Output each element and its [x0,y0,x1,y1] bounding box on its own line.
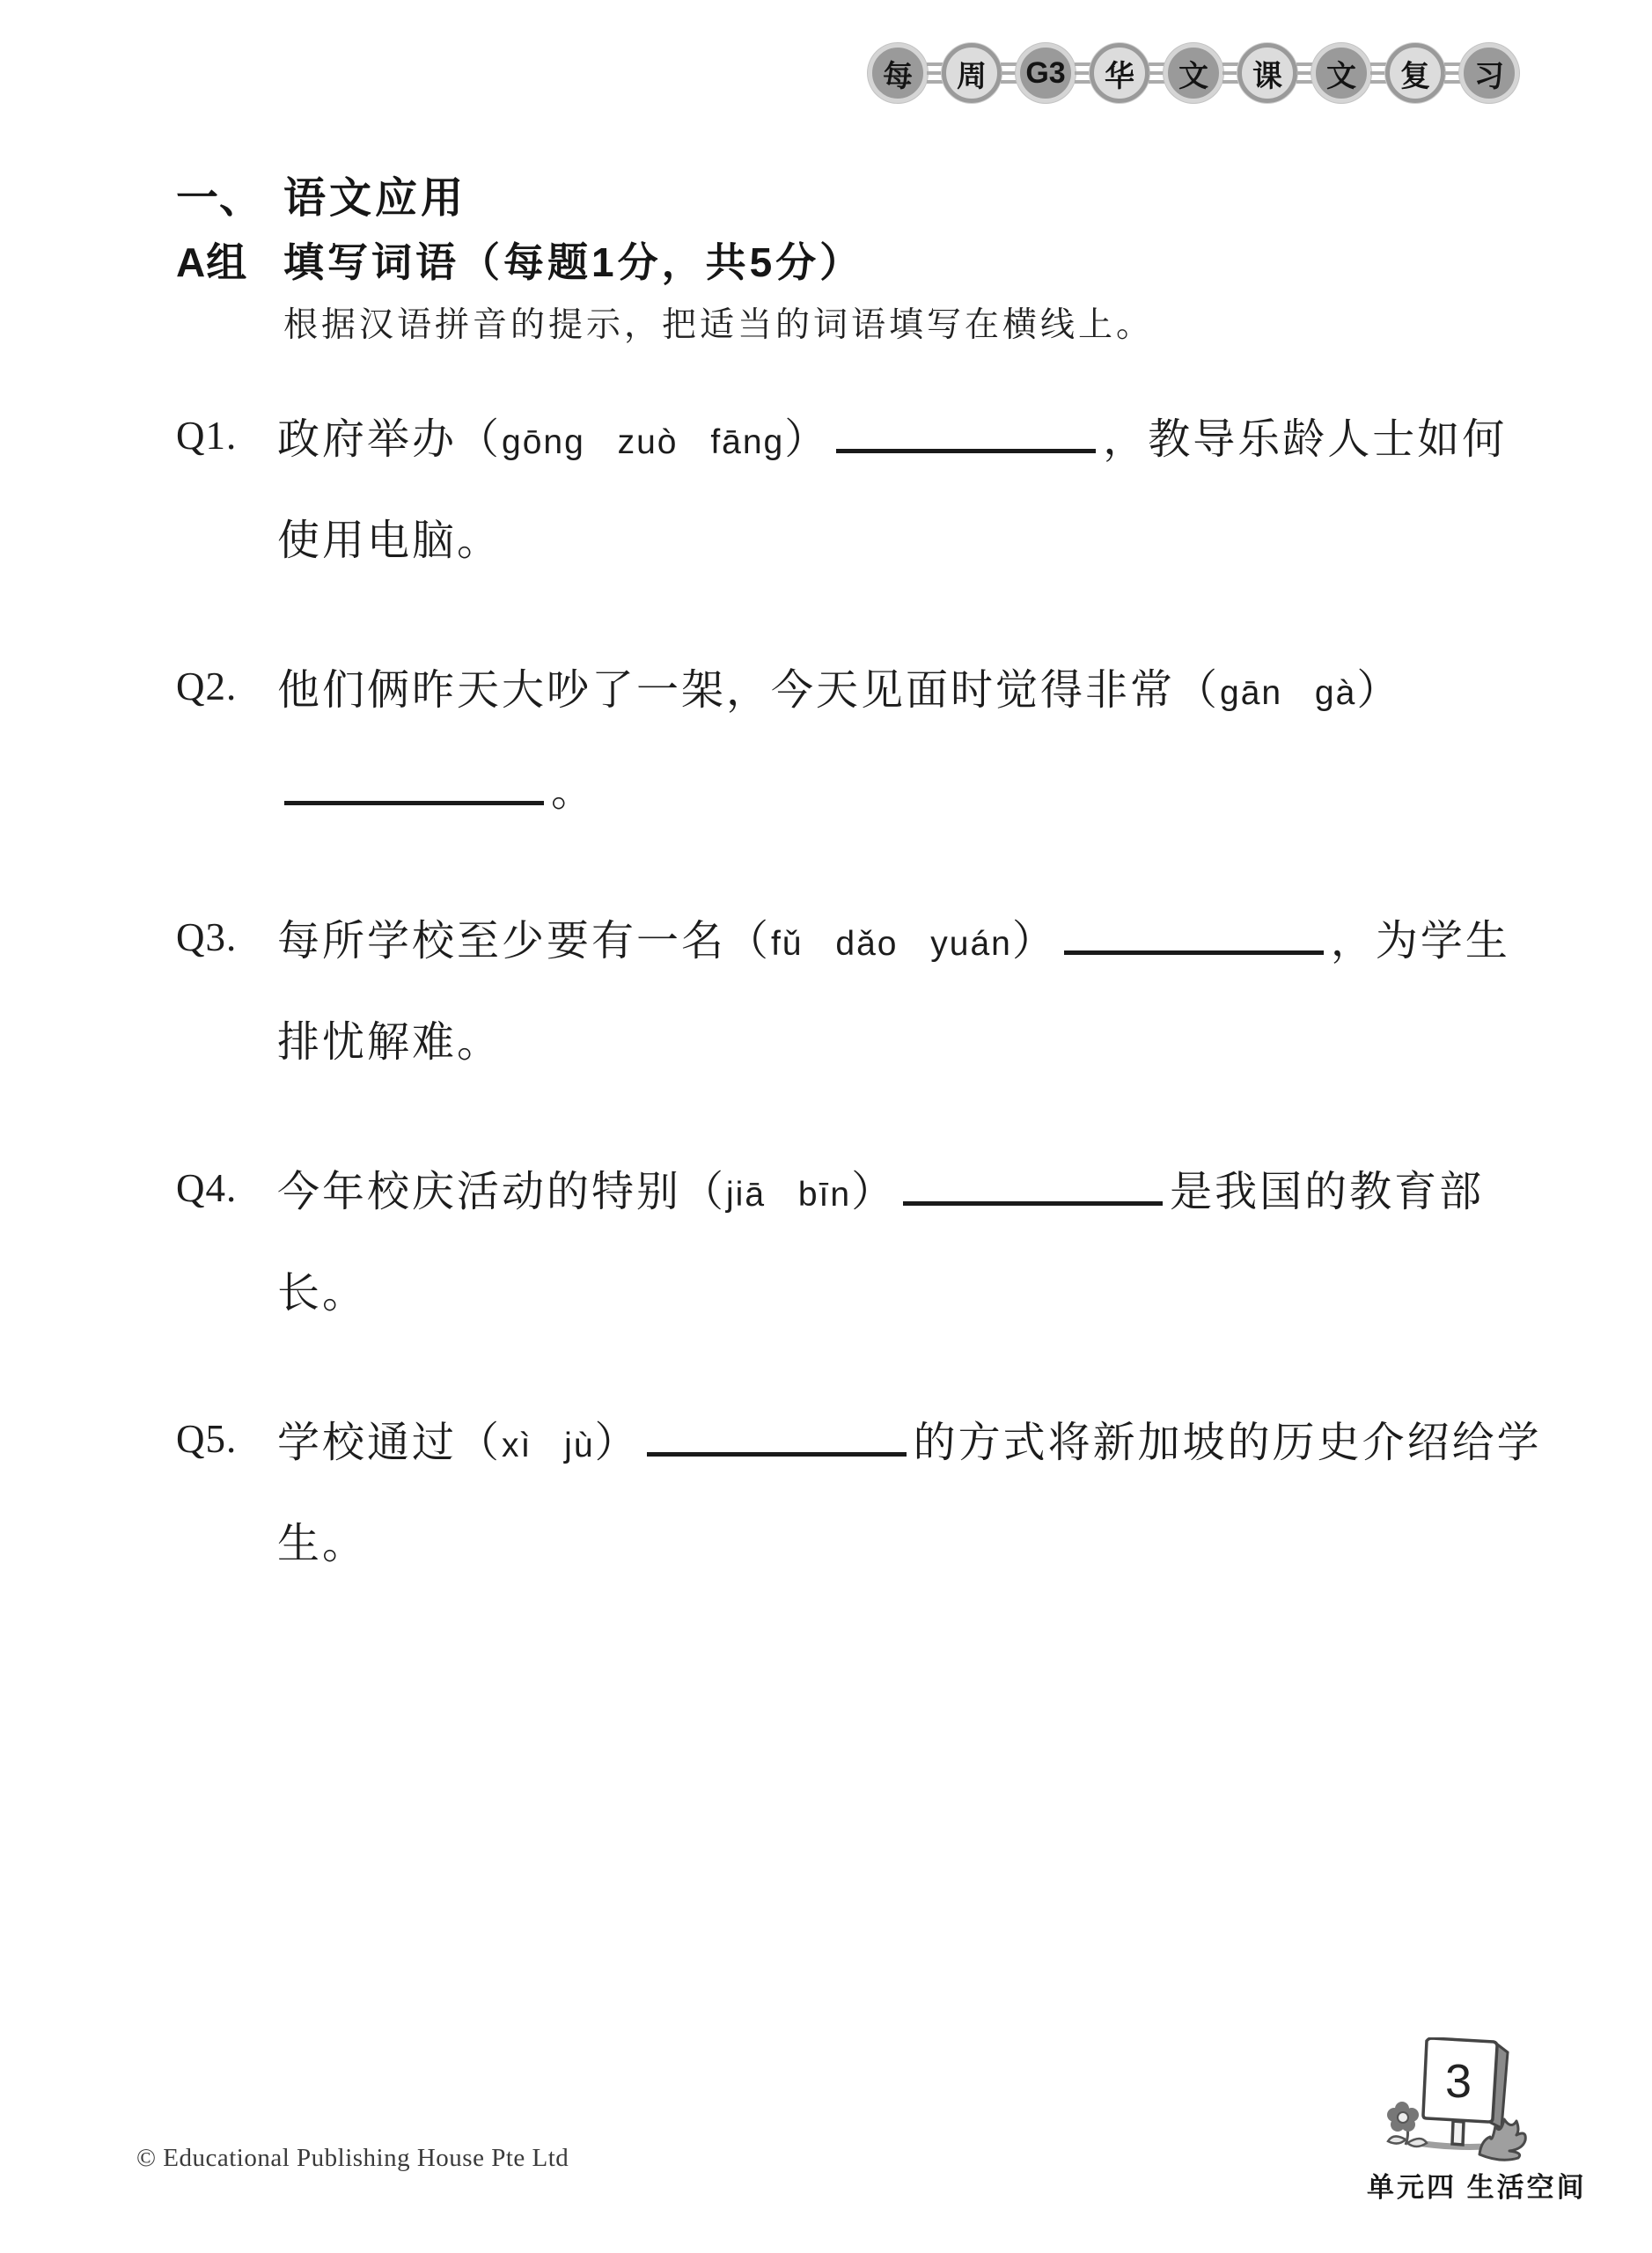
question-content: 每所学校至少要有一名（fǔ dǎo yuán），为学生排忧解难。 [277,911,1536,1074]
question-number: Q4. [176,1162,277,1325]
question-line: 每所学校至少要有一名（fǔ dǎo yuán），为学生 [277,911,1536,972]
answer-blank[interactable] [284,762,544,805]
questions: Q1.政府举办（gōng zuò fāng），教导乐龄人士如何使用电脑。Q2.他… [176,409,1536,1663]
page-number-sign-graphic: 3 [1367,2037,1574,2169]
header-badge: 文 [1311,43,1371,103]
instruction-text: 根据汉语拼音的提示，把适当的词语填写在横线上。 [283,297,1154,347]
question-text: ） [851,1169,896,1215]
question-line: 使用电脑。 [277,510,1536,572]
header-badge: 复 [1385,43,1445,103]
question-line: 。 [277,761,1536,823]
question-line: 长。 [277,1263,1536,1325]
copyright-text: © Educational Publishing House Pte Ltd [136,2144,569,2173]
question: Q1.政府举办（gōng zuò fāng），教导乐龄人士如何使用电脑。 [176,409,1536,572]
badge-connector [1075,62,1090,84]
grass-icon [1479,2119,1525,2160]
header-badge: 文 [1164,43,1223,103]
group-label: A组 [176,231,283,289]
header-badge: 华 [1090,43,1149,103]
question-number: Q3. [176,911,277,1074]
badge-connector [1222,62,1238,84]
question-text: ，教导乐龄人士如何 [1103,416,1507,463]
badge-connector [1296,62,1312,84]
question-content: 学校通过（xì jù）的方式将新加坡的历史介绍给学生。 [277,1413,1542,1575]
badge-connector [1001,62,1017,84]
header-badge-chain: 每周G3华文课文复习 [868,39,1519,107]
question-text: 使用电脑。 [277,517,502,564]
header-badge: G3 [1016,43,1076,103]
group-heading: A组 填写词语（每题1分，共5分） [176,231,863,289]
question-number: Q2. [176,660,277,823]
pinyin-hint: gōng zuò fāng [502,423,784,461]
question-text: 是我国的教育部 [1170,1169,1484,1215]
question-line: 政府举办（gōng zuò fāng），教导乐龄人士如何 [277,409,1536,471]
question-text: 每所学校至少要有一名（ [277,918,771,965]
header-badge: 周 [942,43,1002,103]
header-badge: 课 [1237,43,1297,103]
badge-connector [1149,62,1164,84]
pinyin-hint: fǔ dǎo yuán [771,925,1012,963]
question-text: 学校通过（ [277,1420,502,1466]
question-line: 学校通过（xì jù）的方式将新加坡的历史介绍给学 [277,1413,1542,1474]
pinyin-hint: jiā bīn [726,1176,851,1214]
question: Q4.今年校庆活动的特别（jiā bīn）是我国的教育部长。 [176,1162,1536,1325]
question-text: 。 [551,768,596,815]
question-text: 排忧解难。 [277,1019,502,1066]
question-text: ） [1356,667,1401,714]
group-title: 填写词语（每题1分，共5分） [283,231,863,289]
question-text: 政府举办（ [277,416,502,463]
badge-connector [1370,62,1386,84]
question-text: ） [784,416,829,463]
question-number: Q5. [176,1413,277,1575]
question-text: ） [1012,918,1057,965]
header-badge: 每 [868,43,928,103]
flower-icon [1387,2102,1427,2147]
page-number: 3 [1445,2055,1472,2108]
question-text: 他们俩昨天大吵了一架，今天见面时觉得非常（ [277,667,1220,714]
question-text: 的方式将新加坡的历史介绍给学 [914,1420,1542,1466]
sign-post [1452,2121,1464,2145]
unit-footer-label: 单元四 生活空间 [1367,2165,1587,2205]
question-line: 生。 [277,1514,1542,1575]
question-text: ，为学生 [1331,918,1510,965]
header-badge: 习 [1459,43,1519,103]
question: Q3.每所学校至少要有一名（fǔ dǎo yuán），为学生排忧解难。 [176,911,1536,1074]
question-text: 长。 [277,1270,367,1317]
question-text: 今年校庆活动的特别（ [277,1169,726,1215]
question-line: 排忧解难。 [277,1012,1536,1074]
question-line: 今年校庆活动的特别（jiā bīn）是我国的教育部 [277,1162,1536,1223]
section-title: 语文应用 [283,164,466,224]
question-content: 政府举办（gōng zuò fāng），教导乐龄人士如何使用电脑。 [277,409,1536,572]
answer-blank[interactable] [903,1163,1163,1206]
pinyin-hint: xì jù [502,1427,595,1464]
section-number: 一、 [176,164,283,224]
question-number: Q1. [176,409,277,572]
answer-blank[interactable] [1064,912,1324,955]
badge-connector [1444,62,1460,84]
badge-connector [927,62,943,84]
question: Q5.学校通过（xì jù）的方式将新加坡的历史介绍给学生。 [176,1413,1536,1575]
question-text: 生。 [277,1521,367,1567]
question-content: 他们俩昨天大吵了一架，今天见面时觉得非常（gān gà）。 [277,660,1536,823]
answer-blank[interactable] [836,410,1096,453]
question-content: 今年校庆活动的特别（jiā bīn）是我国的教育部长。 [277,1162,1536,1325]
pinyin-hint: gān gà [1220,674,1356,712]
section-heading: 一、 语文应用 [176,164,466,224]
question-text: ） [595,1420,640,1466]
question: Q2.他们俩昨天大吵了一架，今天见面时觉得非常（gān gà）。 [176,660,1536,823]
question-line: 他们俩昨天大吵了一架，今天见面时觉得非常（gān gà） [277,660,1536,722]
answer-blank[interactable] [647,1413,907,1457]
